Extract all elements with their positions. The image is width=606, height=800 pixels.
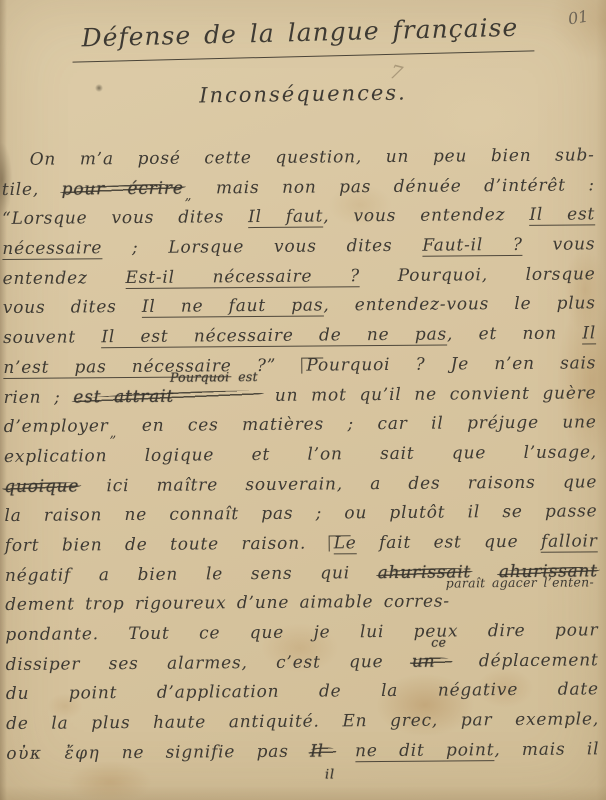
underlined-text: Il est	[529, 205, 595, 227]
underlined-text: nécessaire	[2, 238, 102, 260]
underlined-text: Il ne faut pas	[142, 296, 324, 318]
text-segment: ; Lorsque vous dites	[102, 236, 422, 259]
text-segment: , et non	[447, 324, 582, 345]
struck-text: pour écrire	[62, 178, 184, 199]
text-segment: mais non pas dénuée d’intérêt :	[193, 175, 595, 198]
manuscript-line: la raison ne connaît pas ; ou plutôt il …	[4, 498, 597, 532]
text-segment: , entendez-vous le plus	[323, 294, 596, 316]
title-row: Défense de la langue française	[0, 11, 606, 65]
underlined-text: Faut-il ?	[422, 235, 523, 257]
text-segment	[334, 741, 356, 761]
underlined-text: Est-il nécessaire ?	[125, 266, 360, 289]
page-subtitle: Inconséquences.	[199, 81, 407, 108]
struck-text: unce	[412, 651, 451, 671]
manuscript-line: fort bien de toute raison. Le fait est q…	[5, 527, 598, 561]
manuscript-line: οὐκ ἔφη ne signifie pas Ilil ne dit poin…	[6, 735, 599, 769]
manuscript-line: pondante. Tout ce que je lui peux dire p…	[5, 616, 598, 650]
underlined-text: ne dit point	[355, 740, 494, 762]
text-segment: la raison ne connaît pas ; ou plutôt il …	[4, 502, 597, 527]
subtitle-row: Inconséquences.	[0, 78, 606, 110]
underlined-text: falloir	[541, 531, 598, 552]
text-segment: déplacement	[450, 650, 598, 671]
text-segment: pondante. Tout ce que je lui peux dire p…	[5, 620, 598, 645]
text-segment: fort bien de toute raison.	[5, 533, 329, 556]
text-segment: souvent	[3, 327, 101, 348]
interline-insertion: il	[325, 767, 335, 782]
manuscript-line: entendez Est-il nécessaire ? Pourquoi, l…	[2, 260, 595, 294]
struck-text: est attraitPourquoi est	[73, 385, 262, 406]
text-segment: Pourquoi ? Je n’en sais	[306, 353, 596, 375]
text-segment: négatif a bien le sens qui	[5, 563, 378, 586]
interline-insertion: ce	[431, 635, 446, 650]
struck-text: quoique	[4, 476, 79, 497]
text-segment: ici maître souverain, a des raisons que	[79, 472, 597, 496]
text-segment: On m’a posé cette question, un peu bien …	[30, 145, 595, 169]
text-segment: en ces matières ; car il préjuge une	[118, 413, 597, 437]
text-segment: de la plus haute antiquité. En grec, par…	[6, 709, 599, 734]
underlined-text: Il	[582, 323, 596, 344]
text-segment: explication logique et l’on sait que l’u…	[4, 442, 597, 467]
text-segment: dement trop rigoureux d’	[5, 593, 255, 615]
text-segment: tile,	[2, 179, 62, 199]
text-segment: , vous entendez	[323, 205, 529, 227]
manuscript-line: nécessaire ; Lorsque vous dites Faut-il …	[2, 230, 595, 264]
text-segment: une aimable corres-paraît agacer l’enten…	[255, 591, 599, 614]
text-segment: dissiper ses alarmes, c’est que	[6, 651, 412, 674]
interline-insertion: paraît agacer l’enten-	[446, 574, 594, 590]
manuscript-line: rien ; est attraitPourquoi est un mot qu…	[3, 379, 596, 413]
struck-text: Ilil	[310, 741, 334, 761]
caret-mark: „	[110, 426, 117, 441]
manuscript-line: souvent Il est nécessaire de ne pas, et …	[3, 319, 596, 353]
text-segment: fait est que	[357, 532, 542, 553]
text-segment: d’employer	[4, 416, 109, 437]
interline-insertion: Pourquoi est	[170, 369, 258, 385]
manuscript-line: n’est pas nécessaire ?” Pourquoi ? Je n’…	[3, 349, 596, 383]
text-segment: un mot qu’il ne convient guère	[262, 383, 597, 406]
text-segment: Pourquoi, lorsque	[360, 264, 596, 286]
manuscript-line: de la plus haute antiquité. En grec, par…	[6, 705, 599, 739]
text-segment: , mais il	[494, 739, 599, 760]
manuscript-line: d’employer„ en ces matières ; car il pré…	[4, 409, 597, 443]
manuscript-line: tile, pour écrire„ mais non pas dénuée d…	[2, 171, 595, 205]
manuscript-page: 01 7 Défense de la langue française Inco…	[0, 0, 606, 800]
manuscript-line: explication logique et l’on sait que l’u…	[4, 438, 597, 472]
manuscript-line: dissiper ses alarmes, c’est que unce dép…	[6, 646, 599, 680]
text-segment: ne signifie pas	[100, 741, 310, 763]
text-segment: rien ;	[3, 387, 73, 408]
manuscript-line: quoique ici maître souverain, a des rais…	[4, 468, 597, 502]
text-segment: vous dites	[3, 297, 142, 318]
manuscript-body: On m’a posé cette question, un peu bien …	[2, 141, 600, 769]
page-title: Défense de la langue française	[71, 12, 535, 62]
text-segment: du point d’application de la négative da…	[6, 680, 599, 705]
manuscript-line: du point d’application de la négative da…	[6, 676, 599, 710]
text-segment: vous	[523, 234, 596, 255]
manuscript-line: “Lorsque vous dites Il faut, vous entend…	[2, 201, 595, 235]
text-segment: entendez	[3, 268, 126, 289]
underlined-text: Il faut	[248, 207, 323, 229]
text-segment: “Lorsque vous dites	[2, 207, 248, 229]
underlined-text: Le	[334, 533, 357, 554]
manuscript-line: On m’a posé cette question, un peu bien …	[2, 141, 595, 175]
caret-mark: „	[185, 188, 192, 203]
manuscript-line: dement trop rigoureux d’une aimable corr…	[5, 587, 598, 621]
greek-text: οὐκ ἔφη	[6, 743, 100, 764]
manuscript-line: vous dites Il ne faut pas, entendez-vous…	[3, 290, 596, 324]
underlined-text: Il est nécessaire de ne pas	[101, 325, 447, 349]
